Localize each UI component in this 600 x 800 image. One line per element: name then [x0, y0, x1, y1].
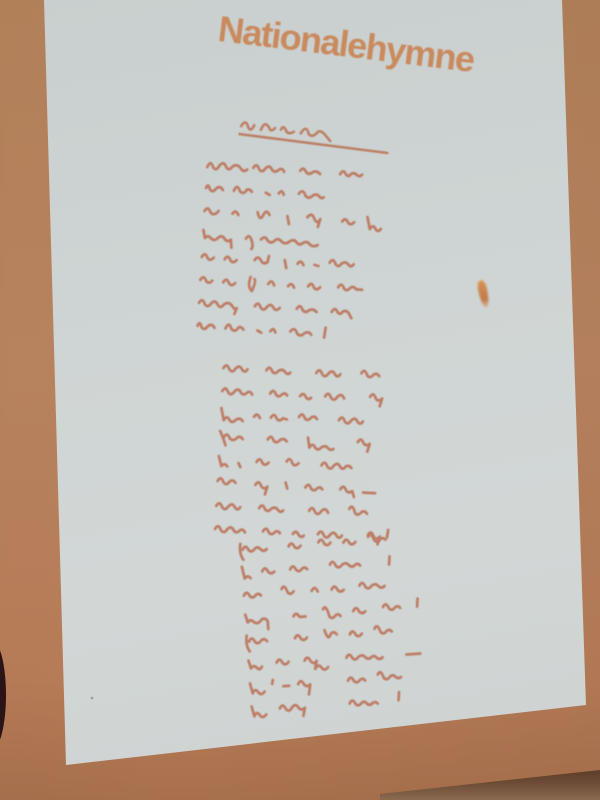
- verse-line: Unser ganzes Leben lang —: [215, 473, 216, 496]
- verse-line: Deutsche Frauen, deutsche Treue,: [214, 496, 215, 519]
- manuscript-heading-scribble: [237, 116, 399, 160]
- verse-line: Einigkeit und Recht und Freiheit: [238, 540, 240, 563]
- verse-line: Deutschland, Deutschland über Alles,: [196, 293, 197, 316]
- verse-line: Blühe, deutsches Vaterland!: [249, 701, 251, 724]
- stanza-1: Deutschland, Deutschland über Alles, Übe…: [195, 155, 206, 339]
- verse-line: Blüh' im Glanze dieses Glückes,: [248, 678, 250, 701]
- verse-line: Von der Maas bis an die Memel,: [199, 247, 200, 270]
- slide-title: Nationalehymne: [216, 8, 459, 79]
- verse-line: Brüderlich mit Herz und Hand!: [243, 609, 245, 632]
- verse-line: Über Alles in der Welt!: [195, 316, 196, 339]
- verse-line: Einigkeit und Recht und Freiheit: [244, 632, 246, 655]
- projected-slide: Nationalehymne Das Lied der Deutschen De…: [0, 0, 600, 800]
- verse-line: Sind des Glückes Unterpfand —: [246, 655, 248, 678]
- verse-line: Uns zu edler That begeistern: [216, 450, 217, 473]
- verse-line: Sollen in der Welt behalten: [218, 404, 219, 427]
- verse-line: Deutsche Frauen, deutsche Treue,: [221, 358, 222, 381]
- verse-line: Deutscher Wein und deutscher Sang: [220, 381, 221, 404]
- verse-line: Deutschland, Deutschland über Alles,: [205, 155, 206, 178]
- verse-line: Von der Etsch bis an den Belt —: [198, 270, 199, 293]
- verse-line: Brüderlich zusammenhält,: [200, 224, 201, 247]
- verse-line: Für das deutsche Vaterland!: [240, 563, 242, 586]
- dust-speck: [91, 697, 93, 699]
- verse-line: Wenn es stets zu Schutz und Trutze: [202, 201, 203, 224]
- stanza-2: Deutsche Frauen, deutsche Treue, Deutsch…: [212, 358, 222, 542]
- verse-line: Über Alles in der Welt,: [203, 178, 204, 201]
- stanza-3: Einigkeit und Recht und Freiheit Für das…: [238, 540, 251, 724]
- manuscript-heading: Das Lied der Deutschen: [238, 116, 389, 151]
- mouse-cursor-icon: [476, 279, 491, 308]
- verse-line: Ihren alten schönen Klang,: [217, 427, 218, 450]
- verse-line: Danach lasst uns alle streben: [241, 586, 243, 609]
- verse-line: Deutscher Wein und deutscher Sang!: [212, 519, 213, 542]
